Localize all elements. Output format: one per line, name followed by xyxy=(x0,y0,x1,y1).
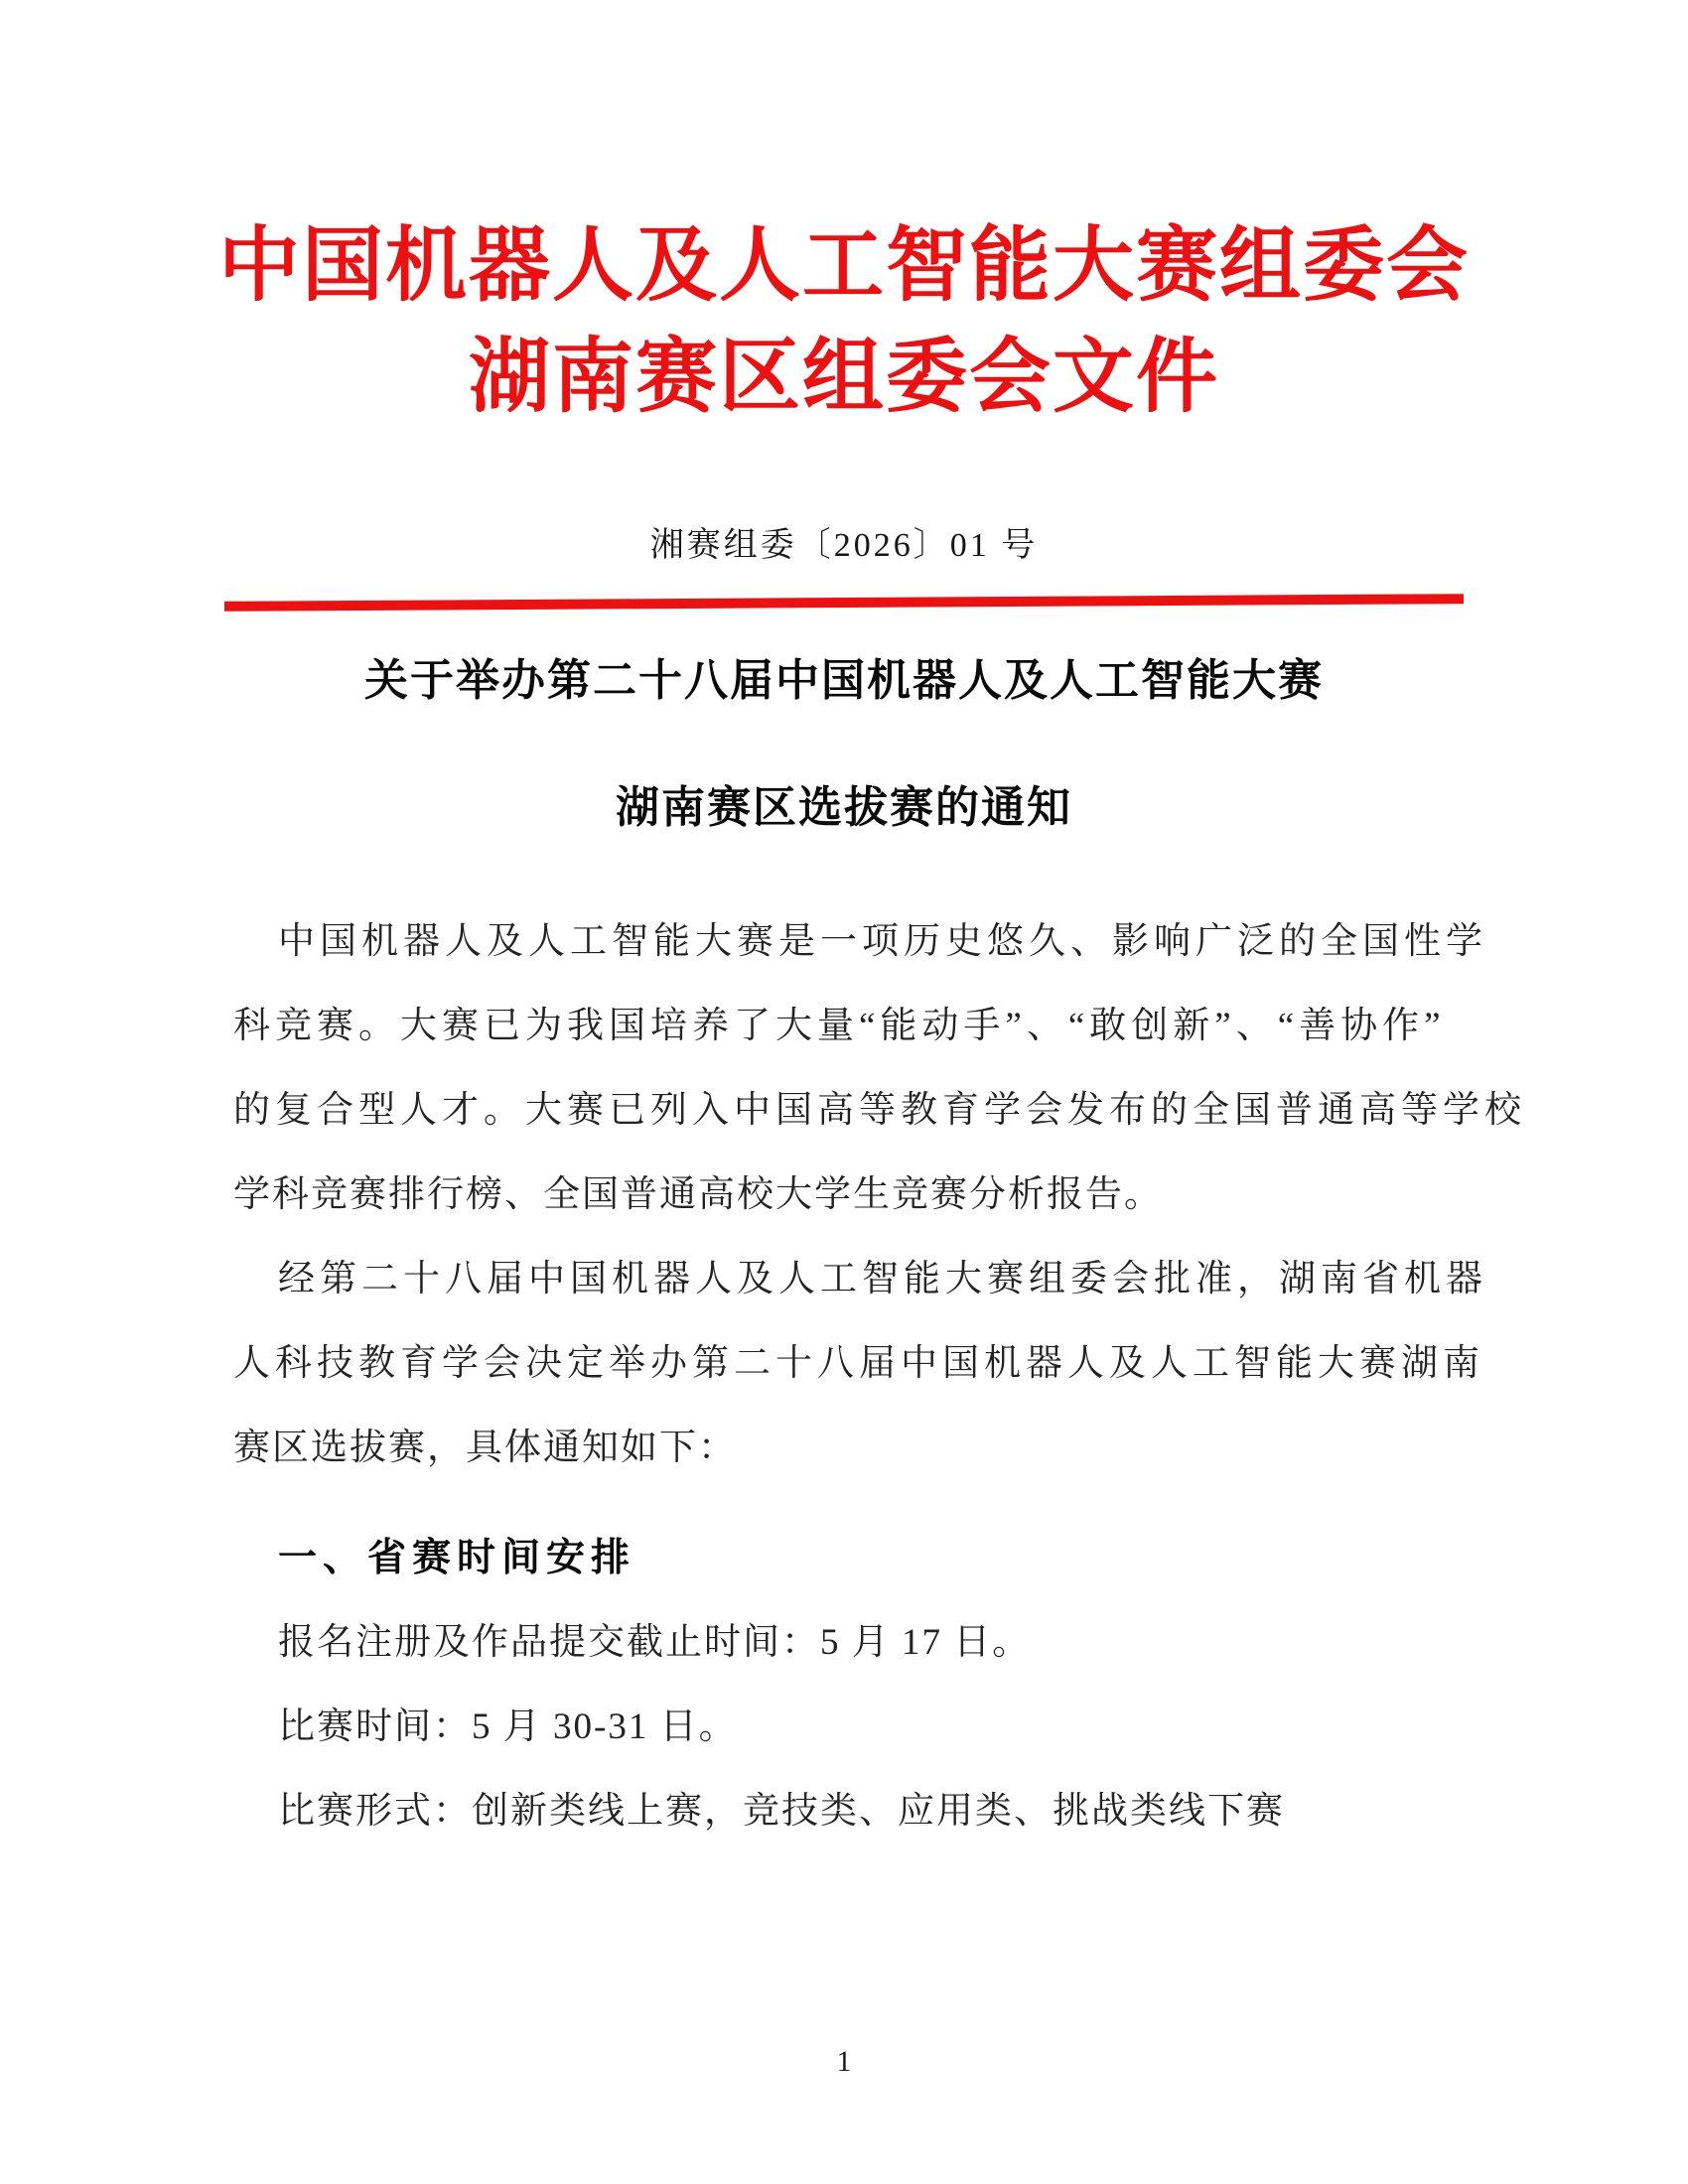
paragraph-approval: 经第二十八届中国机器人及人工智能大赛组委会批准，湖南省机器 人科技教育学会决定举… xyxy=(233,1237,1455,1490)
document-page: 中国机器人及人工智能大赛组委会 湖南赛区组委会文件 湘赛组委〔2026〕01 号… xyxy=(0,0,1688,2184)
letterhead: 中国机器人及人工智能大赛组委会 湖南赛区组委会文件 xyxy=(0,0,1688,433)
section-1-heading: 一、省赛时间安排 xyxy=(233,1516,1455,1600)
paragraph-line: 人科技教育学会决定举办第二十八届中国机器人及人工智能大赛湖南 xyxy=(233,1321,1455,1406)
org-title-line2: 湖南赛区组委会文件 xyxy=(0,322,1688,433)
notice-title: 关于举办第二十八届中国机器人及人工智能大赛 湖南赛区选拔赛的通知 xyxy=(0,617,1688,872)
notice-title-line2: 湖南赛区选拔赛的通知 xyxy=(0,745,1688,872)
document-body: 中国机器人及人工智能大赛是一项历史悠久、影响广泛的全国性学 科竞赛。大赛已为我国… xyxy=(0,899,1688,1853)
page-number: 1 xyxy=(0,2045,1688,2079)
paragraph-line: 赛区选拔赛，具体通知如下： xyxy=(233,1406,1455,1490)
notice-title-line1: 关于举办第二十八届中国机器人及人工智能大赛 xyxy=(0,617,1688,745)
schedule-item-registration-deadline: 报名注册及作品提交截止时间：5 月 17 日。 xyxy=(233,1600,1455,1685)
red-divider-line xyxy=(224,594,1464,612)
paragraph-line: 的复合型人才。大赛已列入中国高等教育学会发布的全国普通高等学校 xyxy=(233,1068,1455,1153)
org-title-line1: 中国机器人及人工智能大赛组委会 xyxy=(0,210,1688,322)
paragraph-line: 中国机器人及人工智能大赛是一项历史悠久、影响广泛的全国性学 xyxy=(233,899,1455,984)
paragraph-intro: 中国机器人及人工智能大赛是一项历史悠久、影响广泛的全国性学 科竞赛。大赛已为我国… xyxy=(233,899,1455,1237)
schedule-item-competition-date: 比赛时间：5 月 30-31 日。 xyxy=(233,1685,1455,1769)
schedule-item-competition-format: 比赛形式：创新类线上赛，竞技类、应用类、挑战类线下赛 xyxy=(233,1769,1455,1853)
paragraph-line: 科竞赛。大赛已为我国培养了大量“能动手”、“敢创新”、“善协作” xyxy=(233,984,1455,1068)
paragraph-line: 学科竞赛排行榜、全国普通高校大学生竞赛分析报告。 xyxy=(233,1153,1455,1237)
paragraph-line: 经第二十八届中国机器人及人工智能大赛组委会批准，湖南省机器 xyxy=(233,1237,1455,1321)
schedule-items: 报名注册及作品提交截止时间：5 月 17 日。 比赛时间：5 月 30-31 日… xyxy=(233,1600,1455,1853)
document-number: 湘赛组委〔2026〕01 号 xyxy=(0,517,1688,566)
